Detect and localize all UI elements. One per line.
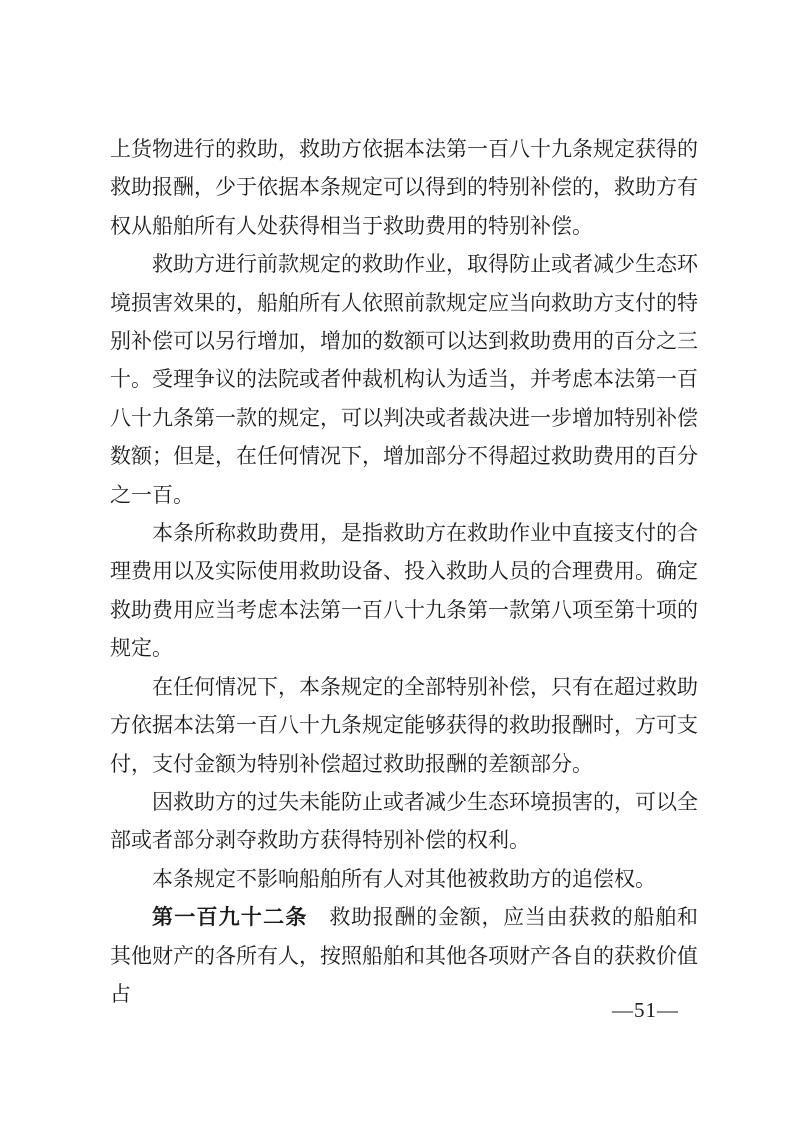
paragraph: 第一百九十二条 救助报酬的金额，应当由获救的船舶和其他财产的各所有人，按照船舶和… xyxy=(110,898,698,1013)
paragraph: 在任何情况下，本条规定的全部特别补偿，只有在超过救助方依据本法第一百八十九条规定… xyxy=(110,668,698,783)
page-number: —51— xyxy=(612,998,679,1023)
paragraph: 上货物进行的救助，救助方依据本法第一百八十九条规定获得的救助报酬，少于依据本条规… xyxy=(110,130,698,245)
document-page: 上货物进行的救助，救助方依据本法第一百八十九条规定获得的救助报酬，少于依据本条规… xyxy=(0,0,793,1122)
paragraph: 因救助方的过失未能防止或者减少生态环境损害的，可以全部或者部分剥夺救助方获得特别… xyxy=(110,783,698,860)
paragraph: 本条规定不影响船舶所有人对其他被救助方的追偿权。 xyxy=(110,860,698,898)
paragraph: 救助方进行前款规定的救助作业，取得防止或者减少生态环境损害效果的，船舶所有人依照… xyxy=(110,245,698,514)
article-number: 第一百九十二条 xyxy=(152,905,308,929)
document-body: 上货物进行的救助，救助方依据本法第一百八十九条规定获得的救助报酬，少于依据本条规… xyxy=(110,130,698,1013)
paragraph: 本条所称救助费用，是指救助方在救助作业中直接支付的合理费用以及实际使用救助设备、… xyxy=(110,514,698,668)
